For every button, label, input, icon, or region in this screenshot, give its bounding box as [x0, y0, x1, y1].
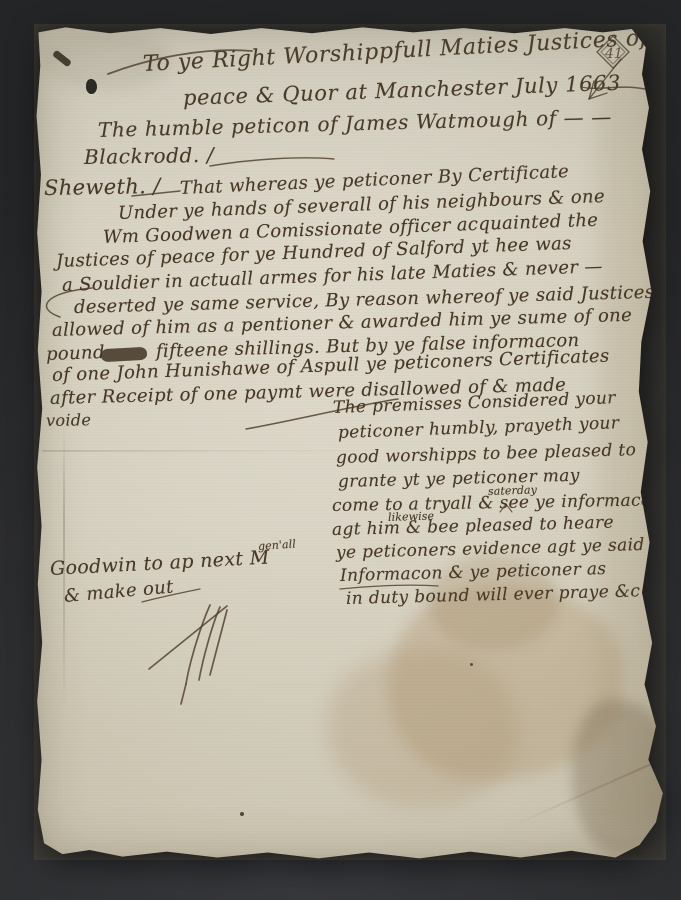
corner-fold-crease: [512, 751, 677, 826]
blackrodd-underline-flourish: [210, 158, 334, 166]
photograph-background: { "colors": { "background": "#2d2e30", "…: [0, 0, 681, 900]
margin-note-superscript: gen'all: [258, 537, 297, 553]
paper-hole: [86, 79, 97, 94]
pen-trial-mark: 9: [27, 48, 40, 66]
heading-line: The humble peticon of James Watmough of …: [98, 105, 612, 142]
inked-out-word: [101, 347, 148, 362]
prayer-line: grante yt ye peticoner may: [338, 466, 580, 492]
heading-line: peace & Quor at Manchester July 1663: [183, 71, 622, 110]
interlineation: likewise: [388, 509, 435, 524]
body-line: pound: [46, 342, 106, 365]
interlineation: saterday: [488, 483, 537, 498]
ink-blob-mark: [52, 50, 72, 68]
body-line: voide: [46, 410, 92, 430]
water-stain-large: [388, 585, 623, 780]
prayer-line: good worshipps to bee pleased to: [336, 440, 637, 468]
body-opening: Sheweth. /: [44, 174, 161, 200]
heading-line: Blackrodd. /: [84, 143, 215, 169]
monogram-flourish: [149, 605, 227, 704]
horizontal-fold-crease: [42, 450, 382, 452]
prayer-line: peticoner humbly, prayeth your: [338, 413, 620, 443]
heading-line: To ye Right Worshippfull Maties Justices…: [142, 26, 649, 77]
prayer-line: Informacon & ye peticoner as: [340, 559, 607, 586]
manuscript-paper: 9 To ye Right Worshippfull Maties Justic…: [34, 24, 666, 860]
prayer-line: in duty bound will ever praye &c: [346, 581, 641, 609]
water-stain-lower: [328, 648, 518, 808]
speck: [470, 663, 473, 666]
speck: [240, 812, 244, 816]
paper-shadow: 9 To ye Right Worshippfull Maties Justic…: [0, 0, 681, 900]
corner-crumple-shading: [572, 700, 672, 855]
margin-note-line: Goodwin to ap next M: [49, 547, 270, 580]
margin-note-line: & make out: [63, 576, 174, 607]
